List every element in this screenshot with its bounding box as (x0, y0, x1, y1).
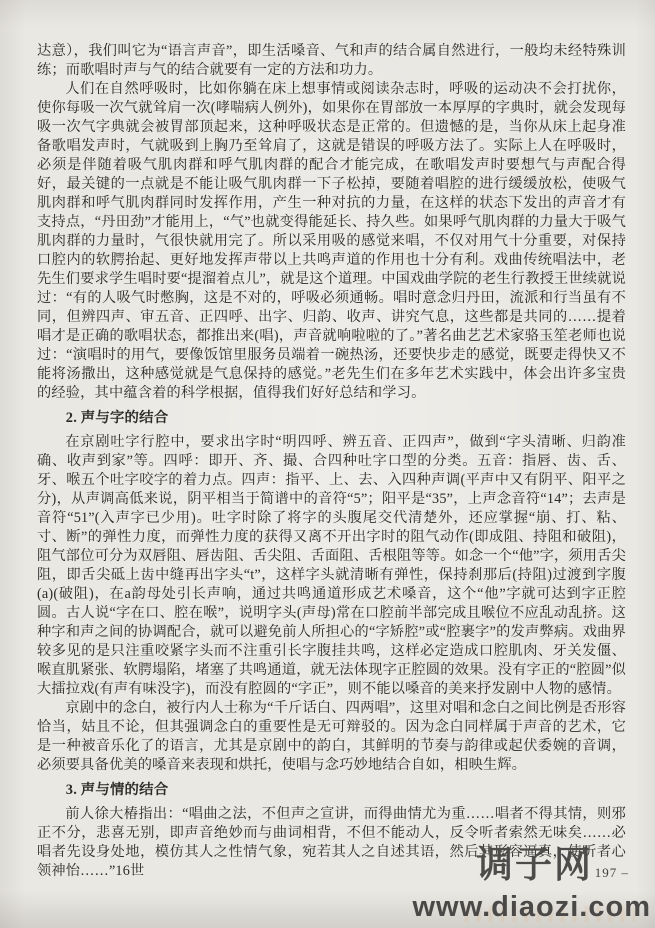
paragraph-recitation: 京剧中的念白，被行内人士称为“千斤话白、四两唱”，这里对唱和念白之间比例是否形容… (37, 699, 626, 775)
paragraph-continuation: 达意），我们叫它为“语言声音”，即生活嗓音、气和声的结合属自然进行，一般均未经特… (37, 42, 626, 80)
section-heading-voice-and-emotion: 3. 声与情的结合 (37, 781, 626, 800)
watermark-ghost-marks (465, 906, 635, 922)
scanned-book-page: { "content": { "para1": "达意），我们叫它为“语言声音”… (0, 0, 655, 928)
paragraph-diction: 在京剧吐字行腔中，要求出字时“明四呼、辨五音、正四声”，做到“字头清晰、归韵准确… (37, 433, 626, 699)
watermark-site-url: www.diaozi.com (412, 891, 651, 924)
page-body-text: 达意），我们叫它为“语言声音”，即生活嗓音、气和声的结合属自然进行，一般均未经特… (37, 42, 626, 881)
paragraph-breathing: 人们在自然呼吸时，比如你躺在床上想事情或阅读杂志时，呼吸的运动决不会打扰你，使你… (37, 80, 626, 403)
section-heading-voice-and-diction: 2. 声与字的结合 (37, 409, 626, 428)
paragraph-emotion: 前人徐大椿指出：“唱曲之法，不但声之宣讲，而得曲情尤为重……唱者不得其情，则邪正… (37, 805, 626, 881)
